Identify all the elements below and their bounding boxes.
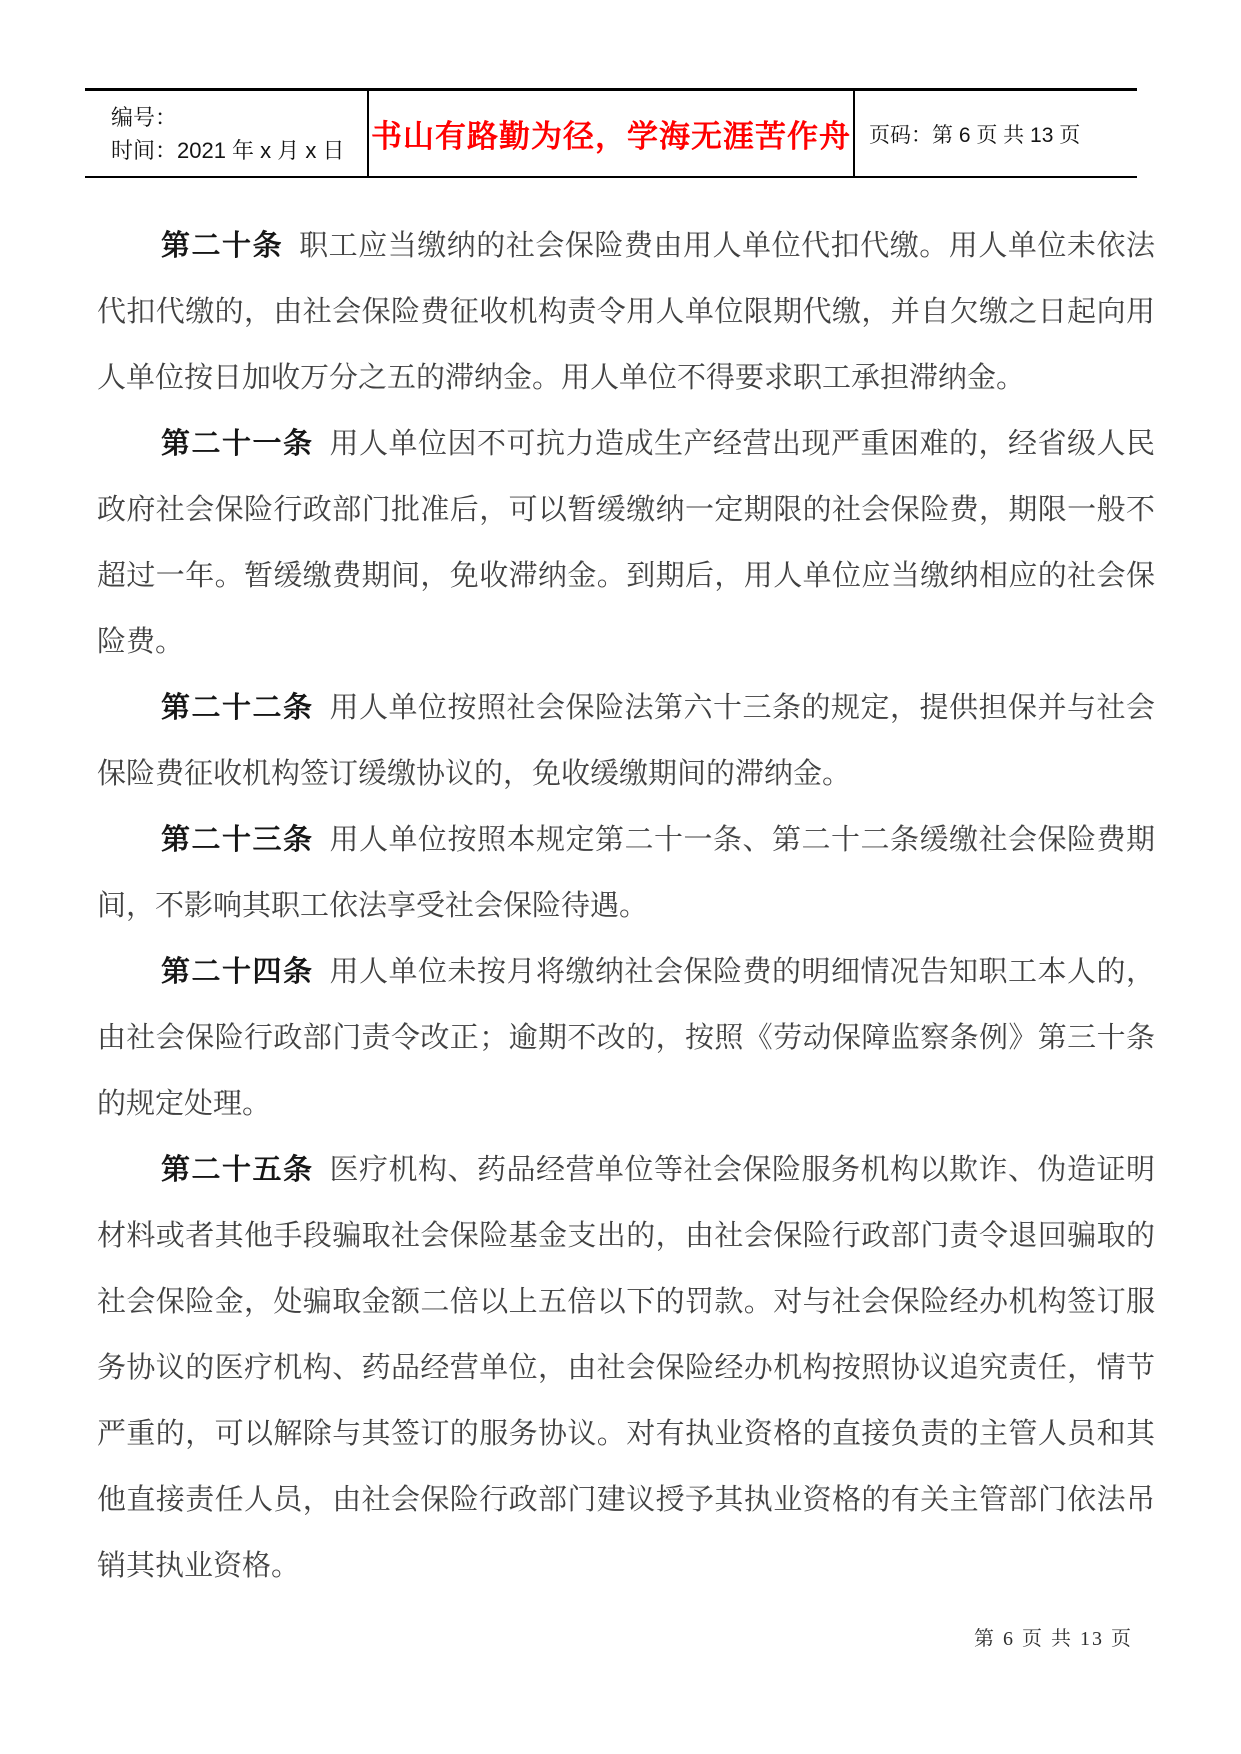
header-cell-page-number: 页码：第 6 页 共 13 页: [855, 91, 1135, 176]
paragraph-article-25: 第二十五条医疗机构、药品经营单位等社会保险服务机构以欺诈、伪造证明材料或者其他手…: [97, 1137, 1155, 1599]
doc-number-label: 编号：: [111, 101, 367, 134]
article-20-number: 第二十条: [161, 230, 283, 262]
article-24-number: 第二十四条: [161, 956, 314, 988]
motto-text: 书山有路勤为径，学海无涯苦作舟: [371, 111, 851, 156]
document-body: 第二十条职工应当缴纳的社会保险费由用人单位代扣代缴。用人单位未依法代扣代缴的，由…: [97, 213, 1155, 1599]
article-21-number: 第二十一条: [161, 428, 314, 460]
paragraph-article-22: 第二十二条用人单位按照社会保险法第六十三条的规定，提供担保并与社会保险费征收机构…: [97, 675, 1155, 807]
doc-time-label: 时间：2021 年 x 月 x 日: [111, 134, 367, 167]
header-cell-number-time: 编号： 时间：2021 年 x 月 x 日: [85, 91, 367, 176]
paragraph-article-24: 第二十四条用人单位未按月将缴纳社会保险费的明细情况告知职工本人的，由社会保险行政…: [97, 939, 1155, 1137]
article-23-number: 第二十三条: [161, 824, 314, 856]
article-22-number: 第二十二条: [161, 692, 314, 724]
article-25-text: 医疗机构、药品经营单位等社会保险服务机构以欺诈、伪造证明材料或者其他手段骗取社会…: [97, 1154, 1155, 1582]
header-cell-motto: 书山有路勤为径，学海无涯苦作舟: [367, 91, 855, 176]
article-21-text: 用人单位因不可抗力造成生产经营出现严重困难的，经省级人民政府社会保险行政部门批准…: [97, 428, 1155, 658]
article-25-number: 第二十五条: [161, 1154, 314, 1186]
document-page: { "header": { "left": { "line1": "编号：", …: [0, 0, 1241, 1754]
header-table: 编号： 时间：2021 年 x 月 x 日 书山有路勤为径，学海无涯苦作舟 页码…: [85, 88, 1137, 178]
page-number-label: 页码：第 6 页 共 13 页: [869, 119, 1080, 149]
paragraph-article-23: 第二十三条用人单位按照本规定第二十一条、第二十二条缓缴社会保险费期间，不影响其职…: [97, 807, 1155, 939]
paragraph-article-21: 第二十一条用人单位因不可抗力造成生产经营出现严重困难的，经省级人民政府社会保险行…: [97, 411, 1155, 675]
paragraph-article-20: 第二十条职工应当缴纳的社会保险费由用人单位代扣代缴。用人单位未依法代扣代缴的，由…: [97, 213, 1155, 411]
footer-page-number: 第 6 页 共 13 页: [974, 1622, 1133, 1651]
